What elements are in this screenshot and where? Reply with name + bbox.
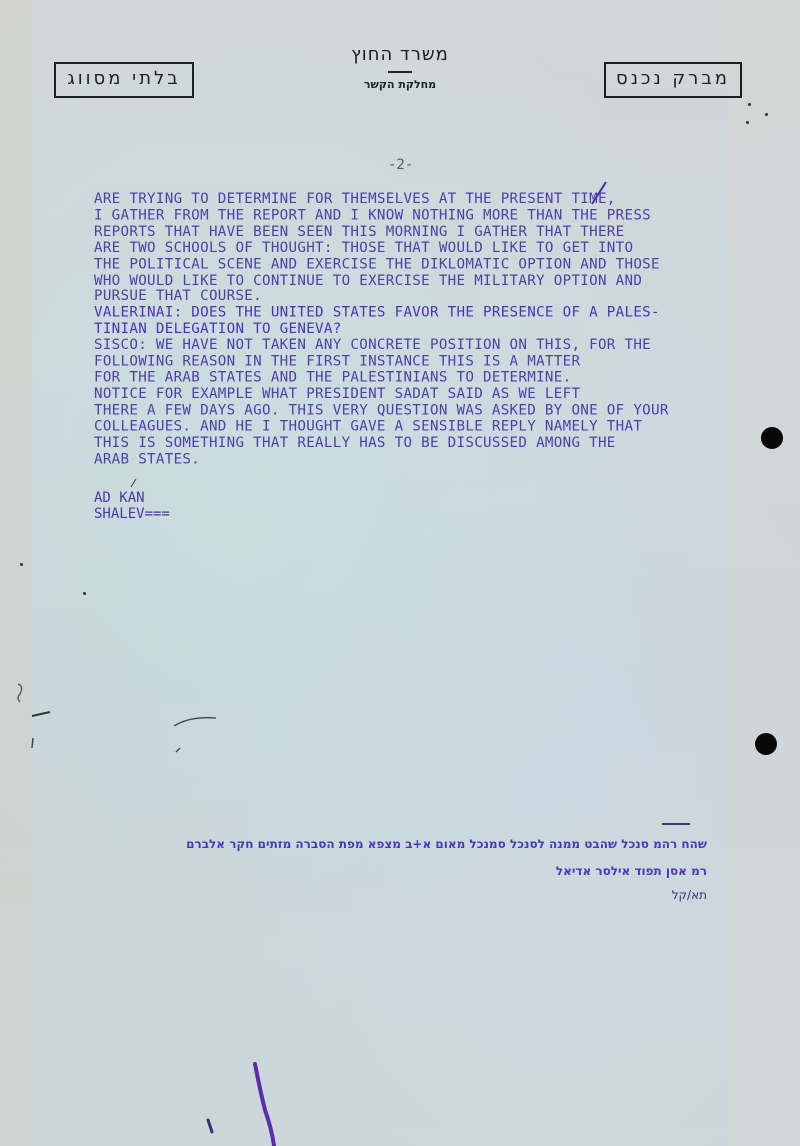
- body-line: ARE TWO SCHOOLS OF THOUGHT: THOSE THAT W…: [94, 241, 744, 257]
- left-margin-strip: [0, 0, 32, 1146]
- body-line: THE POLITICAL SCENE AND EXERCISE THE DIK…: [94, 257, 744, 273]
- body-line: NOTICE FOR EXAMPLE WHAT PRESIDENT SADAT …: [94, 387, 744, 403]
- body-line: FOR THE ARAB STATES AND THE PALESTINIANS…: [94, 370, 744, 386]
- signoff-line: AD KAN: [94, 490, 170, 506]
- pen-check-mark: [590, 180, 610, 206]
- distribution-line: רמ אסן תפוד אילסר אדיאל: [556, 864, 707, 878]
- body-line: REPORTS THAT HAVE BEEN SEEN THIS MORNING…: [94, 224, 744, 240]
- body-line: PURSUE THAT COURSE.: [94, 289, 744, 305]
- punch-hole: [761, 427, 783, 449]
- stray-mark: [20, 563, 23, 566]
- body-line: TINIAN DELEGATION TO GENEVA?: [94, 322, 744, 338]
- stray-mark: [748, 103, 751, 106]
- body-line: THERE A FEW DAYS AGO. THIS VERY QUESTION…: [94, 403, 744, 419]
- title-divider: [388, 71, 412, 73]
- signoff: AD KAN SHALEV===: [94, 490, 170, 522]
- department-name: מחלקת הקשר: [300, 78, 500, 91]
- pen-tick: [130, 478, 138, 488]
- classification-stamp: בלתי מסווג: [54, 62, 194, 98]
- stray-mark: [83, 592, 86, 595]
- reference-code: תא/קל: [672, 888, 707, 902]
- page-number: -2-: [388, 157, 413, 173]
- distribution-line: שהח רהמ סנכל שהבט ממנה לסנכל סמנכל מאום …: [186, 837, 707, 851]
- ministry-title: משרד החוץ: [300, 44, 500, 65]
- body-line: SISCO: WE HAVE NOT TAKEN ANY CONCRETE PO…: [94, 338, 744, 354]
- stray-mark: [765, 113, 768, 116]
- message-type-stamp: מברק נכנס: [604, 62, 742, 98]
- stray-pen-stroke: [170, 712, 230, 762]
- margin-pen-marks: [6, 680, 66, 760]
- document-page: משרד החוץ מחלקת הקשר בלתי מסווג מברק נכנ…: [0, 0, 800, 1146]
- telex-body: ARE TRYING TO DETERMINE FOR THEMSELVES A…: [94, 192, 744, 468]
- body-line: THIS IS SOMETHING THAT REALLY HAS TO BE …: [94, 435, 744, 451]
- punch-hole: [755, 733, 777, 755]
- stray-mark: [746, 121, 749, 124]
- body-line: WHO WOULD LIKE TO CONTINUE TO EXERCISE T…: [94, 273, 744, 289]
- sender-name: SHALEV===: [94, 506, 170, 522]
- body-line: ARAB STATES.: [94, 452, 744, 468]
- body-line: COLLEAGUES. AND HE I THOUGHT GAVE A SENS…: [94, 419, 744, 435]
- body-line: VALERINAI: DOES THE UNITED STATES FAVOR …: [94, 306, 744, 322]
- body-line: I GATHER FROM THE REPORT AND I KNOW NOTH…: [94, 208, 744, 224]
- distribution-divider: [662, 823, 690, 825]
- purple-pen-stroke: [200, 1060, 290, 1146]
- right-margin-strip: [730, 0, 800, 1146]
- body-line: ARE TRYING TO DETERMINE FOR THEMSELVES A…: [94, 192, 744, 208]
- body-line: FOLLOWING REASON IN THE FIRST INSTANCE T…: [94, 354, 744, 370]
